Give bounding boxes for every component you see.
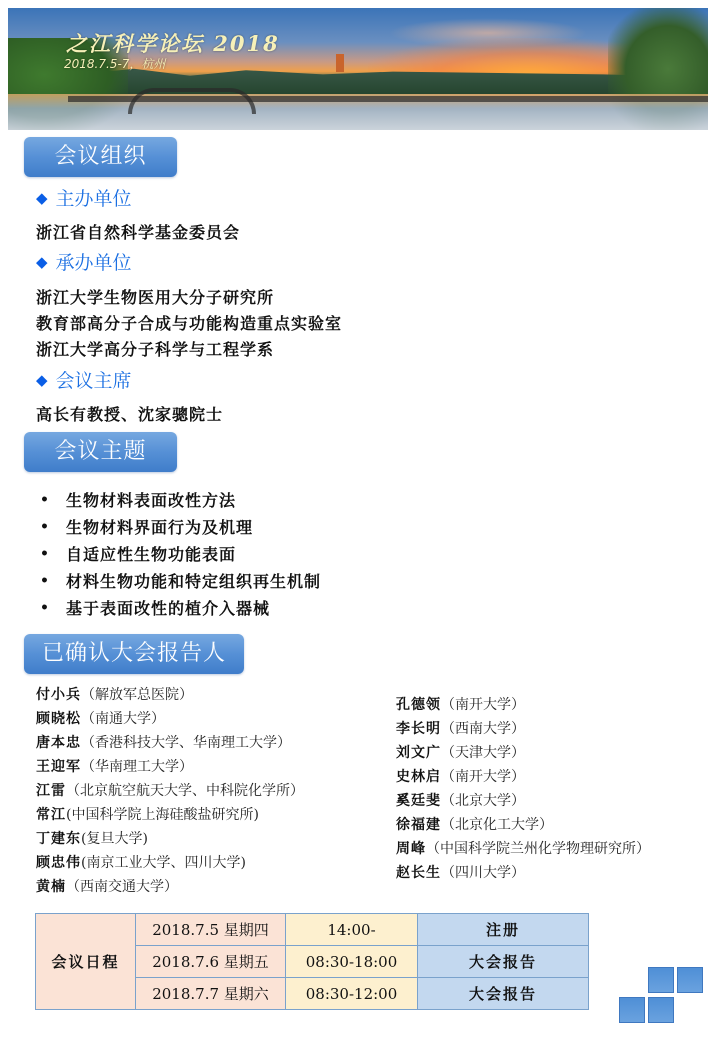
- bullet-icon: •: [40, 541, 66, 568]
- speaker-name: 李长明: [396, 721, 441, 737]
- speaker-item: 周峰（中国科学院兰州化学物理研究所）: [396, 837, 650, 861]
- speaker-affiliation: （香港科技大学、华南理工大学）: [81, 735, 291, 751]
- speaker-affiliation: （西南交通大学）: [66, 879, 178, 895]
- speaker-item: 常江(中国科学院上海硅酸盐研究所): [36, 803, 304, 827]
- topic-text: 自适应性生物功能表面: [66, 541, 236, 568]
- speaker-name: 史林启: [396, 769, 441, 785]
- schedule-time: 08:30-12:00: [286, 978, 418, 1010]
- subheading-label: 承办单位: [56, 252, 132, 274]
- speaker-name: 奚廷斐: [396, 793, 441, 809]
- bullet-icon: •: [40, 568, 66, 595]
- topic-item: •生物材料界面行为及机理: [40, 514, 321, 541]
- diamond-icon: ◆: [36, 371, 48, 389]
- speaker-name: 刘文广: [396, 745, 441, 761]
- topic-text: 基于表面改性的植介入器械: [66, 595, 270, 622]
- speaker-affiliation: （南开大学）: [441, 697, 525, 713]
- schedule-time: 14:00-: [286, 914, 418, 946]
- speaker-affiliation: （北京化工大学）: [441, 817, 553, 833]
- chair-item: 高长有教授、沈家骢院士: [36, 402, 223, 425]
- topic-item: •生物材料表面改性方法: [40, 487, 321, 514]
- speakers-list-left: 付小兵（解放军总医院） 顾晓松（南通大学） 唐本忠（香港科技大学、华南理工大学）…: [36, 683, 304, 899]
- speaker-item: 顾晓松（南通大学）: [36, 707, 304, 731]
- speaker-name: 付小兵: [36, 687, 81, 703]
- speaker-affiliation: （中国科学院兰州化学物理研究所）: [426, 841, 650, 857]
- topics-list: •生物材料表面改性方法 •生物材料界面行为及机理 •自适应性生物功能表面 •材料…: [40, 487, 321, 622]
- organizer-item: 浙江大学高分子科学与工程学系: [36, 337, 274, 360]
- organizer-item: 教育部高分子合成与功能构造重点实验室: [36, 311, 342, 334]
- speaker-item: 顾忠伟(南京工业大学、四川大学): [36, 851, 304, 875]
- section-header-organization: 会议组织: [24, 137, 177, 177]
- schedule-event: 大会报告: [418, 978, 589, 1010]
- subheading-label: 主办单位: [56, 188, 132, 210]
- banner-image: 之江科学论坛 2018 2018.7.5-7，杭州: [8, 8, 708, 130]
- speaker-item: 赵长生（四川大学）: [396, 861, 650, 885]
- banner-title: 之江科学论坛 2018: [66, 28, 280, 58]
- organizer-item: 浙江大学生物医用大分子研究所: [36, 285, 274, 308]
- topic-text: 生物材料表面改性方法: [66, 487, 236, 514]
- speaker-name: 江雷: [36, 783, 66, 799]
- speaker-name: 顾晓松: [36, 711, 81, 727]
- speaker-name: 黄楠: [36, 879, 66, 895]
- speaker-affiliation: （北京航空航天大学、中科院化学所）: [66, 783, 304, 799]
- subheading-label: 会议主席: [56, 370, 132, 392]
- speaker-item: 孔德领（南开大学）: [396, 693, 650, 717]
- speaker-item: 丁建东(复旦大学): [36, 827, 304, 851]
- diamond-icon: ◆: [36, 253, 48, 271]
- speaker-name: 唐本忠: [36, 735, 81, 751]
- speaker-item: 李长明（西南大学）: [396, 717, 650, 741]
- speaker-item: 黄楠（西南交通大学）: [36, 875, 304, 899]
- speaker-name: 丁建东: [36, 831, 81, 847]
- speaker-affiliation: (南京工业大学、四川大学): [81, 855, 246, 871]
- subheading-sponsor: ◆主办单位: [36, 184, 132, 211]
- speaker-affiliation: （四川大学）: [441, 865, 525, 881]
- speaker-item: 史林启（南开大学）: [396, 765, 650, 789]
- speaker-name: 顾忠伟: [36, 855, 81, 871]
- section-header-speakers: 已确认大会报告人: [24, 634, 244, 674]
- topic-item: •基于表面改性的植介入器械: [40, 595, 321, 622]
- section-header-topics: 会议主题: [24, 432, 177, 472]
- speaker-name: 孔德领: [396, 697, 441, 713]
- speaker-name: 徐福建: [396, 817, 441, 833]
- speaker-name: 周峰: [396, 841, 426, 857]
- speaker-affiliation: （天津大学）: [441, 745, 525, 761]
- speaker-affiliation: （南开大学）: [441, 769, 525, 785]
- speaker-affiliation: (中国科学院上海硅酸盐研究所): [66, 807, 259, 823]
- speakers-list-right: 孔德领（南开大学） 李长明（西南大学） 刘文广（天津大学） 史林启（南开大学） …: [396, 693, 650, 885]
- schedule-date: 2018.7.5 星期四: [136, 914, 286, 946]
- speaker-name: 常江: [36, 807, 66, 823]
- schedule-time: 08:30-18:00: [286, 946, 418, 978]
- square-decoration-icon: [648, 967, 674, 993]
- schedule-event: 注册: [418, 914, 589, 946]
- schedule-table: 会议日程 2018.7.5 星期四 14:00- 注册 2018.7.6 星期五…: [35, 913, 589, 1010]
- speaker-affiliation: （南通大学）: [81, 711, 165, 727]
- topic-item: •材料生物功能和特定组织再生机制: [40, 568, 321, 595]
- schedule-event: 大会报告: [418, 946, 589, 978]
- speaker-affiliation: （华南理工大学）: [81, 759, 193, 775]
- speaker-name: 赵长生: [396, 865, 441, 881]
- square-decoration-icon: [677, 967, 703, 993]
- speaker-item: 刘文广（天津大学）: [396, 741, 650, 765]
- table-row: 会议日程 2018.7.5 星期四 14:00- 注册: [36, 914, 589, 946]
- speaker-item: 江雷（北京航空航天大学、中科院化学所）: [36, 779, 304, 803]
- banner-subtitle: 2018.7.5-7，杭州: [64, 55, 165, 72]
- subheading-organizer: ◆承办单位: [36, 248, 132, 275]
- speaker-affiliation: （北京大学）: [441, 793, 525, 809]
- subheading-chair: ◆会议主席: [36, 366, 132, 393]
- speaker-item: 奚廷斐（北京大学）: [396, 789, 650, 813]
- schedule-date: 2018.7.7 星期六: [136, 978, 286, 1010]
- bullet-icon: •: [40, 595, 66, 622]
- sponsor-item: 浙江省自然科学基金委员会: [36, 220, 240, 243]
- diamond-icon: ◆: [36, 189, 48, 207]
- square-decoration-icon: [619, 997, 645, 1023]
- speaker-affiliation: （西南大学）: [441, 721, 525, 737]
- pagoda-icon: [336, 54, 344, 72]
- square-decoration-icon: [648, 997, 674, 1023]
- schedule-label: 会议日程: [36, 914, 136, 1010]
- speaker-affiliation: (复旦大学): [81, 831, 148, 847]
- schedule-date: 2018.7.6 星期五: [136, 946, 286, 978]
- speaker-affiliation: （解放军总医院）: [81, 687, 193, 703]
- speaker-item: 王迎军（华南理工大学）: [36, 755, 304, 779]
- speaker-item: 付小兵（解放军总医院）: [36, 683, 304, 707]
- arch-bridge-decoration: [128, 88, 256, 114]
- topic-item: •自适应性生物功能表面: [40, 541, 321, 568]
- bullet-icon: •: [40, 514, 66, 541]
- bullet-icon: •: [40, 487, 66, 514]
- topic-text: 材料生物功能和特定组织再生机制: [66, 568, 321, 595]
- speaker-item: 徐福建（北京化工大学）: [396, 813, 650, 837]
- topic-text: 生物材料界面行为及机理: [66, 514, 253, 541]
- speaker-item: 唐本忠（香港科技大学、华南理工大学）: [36, 731, 304, 755]
- speaker-name: 王迎军: [36, 759, 81, 775]
